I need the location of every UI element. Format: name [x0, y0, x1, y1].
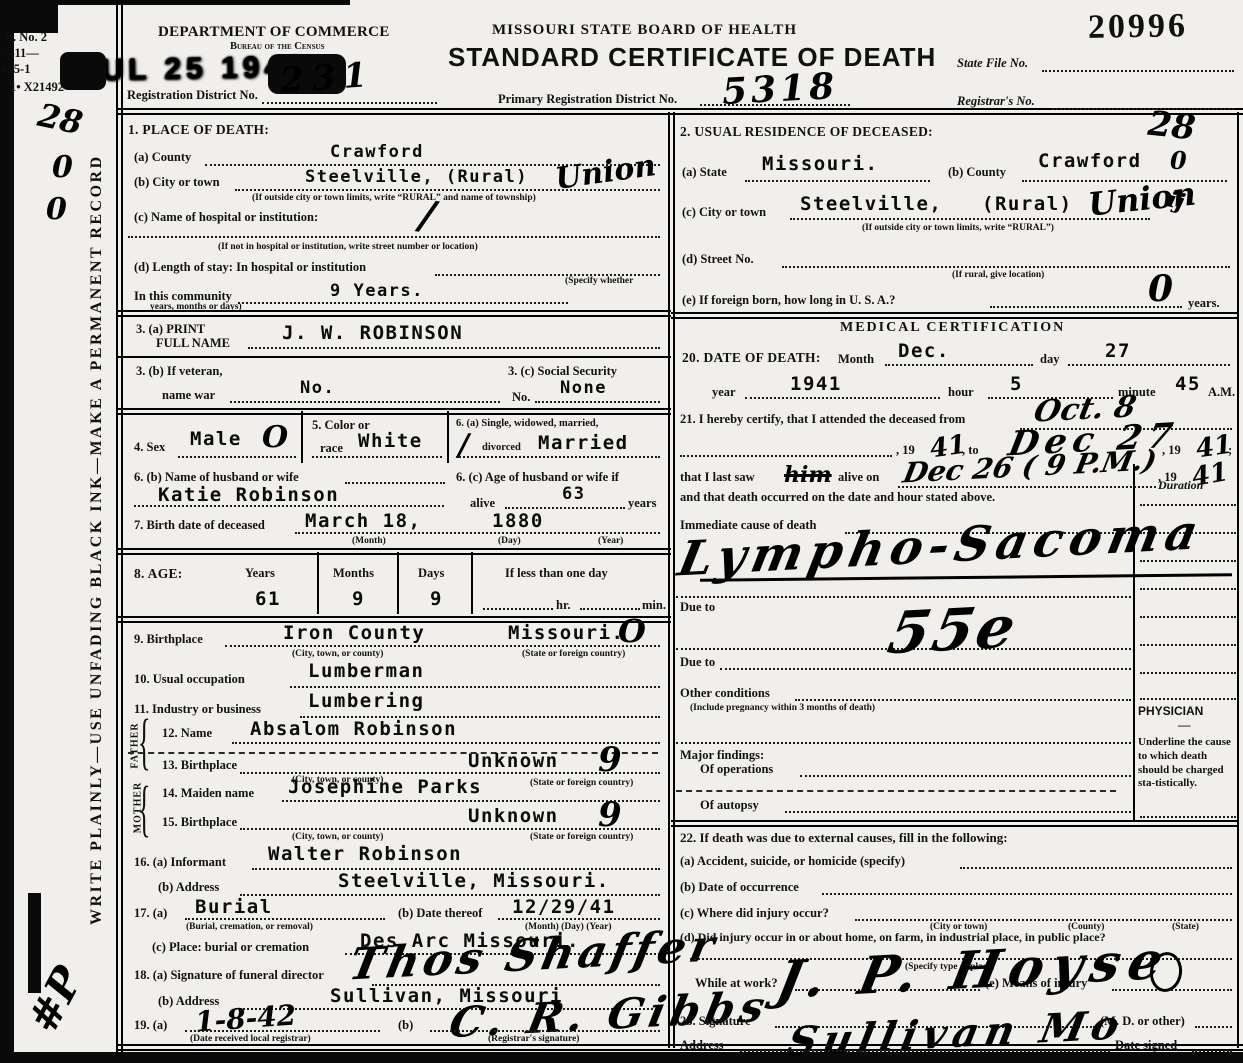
scan-bottom-edge — [0, 1052, 1243, 1063]
burial-date-line — [498, 918, 660, 920]
certify-l2-pre2: , 19 — [1162, 443, 1181, 458]
burial-label: 17. (a) — [134, 906, 167, 921]
margin-handwritten-28: 28 — [35, 96, 86, 142]
duration-line-6 — [1140, 644, 1236, 646]
veteran-value: No. — [300, 378, 335, 398]
operations-line — [800, 775, 1131, 777]
other-conditions-cap: (Include pregnancy within 3 months of de… — [690, 703, 875, 713]
scan-corner-blob — [0, 0, 58, 33]
registrar-sig-cap: (Registrar's signature) — [488, 1034, 579, 1044]
residence-rural-value: (Rural) — [982, 193, 1073, 215]
dod-month-value: Dec. — [898, 340, 950, 362]
signature-label: 23. Signature — [680, 1014, 751, 1029]
certify-line-4: and that death occurred on the date and … — [680, 490, 995, 505]
certify-l3-pre: that I last saw — [680, 470, 755, 485]
mother-name-value: Josephine Parks — [288, 776, 482, 798]
birthplace-label: 9. Birthplace — [134, 632, 203, 647]
full-name-value: J. W. ROBINSON — [282, 322, 463, 344]
external-c-label: (c) Where did injury occur? — [680, 906, 829, 921]
certify-l3-line — [898, 486, 1156, 488]
received-cap: (Date received local registrar) — [190, 1034, 311, 1044]
margin-handwritten-0b: 0 — [46, 192, 67, 227]
birthdate-cap-day: (Day) — [498, 536, 521, 546]
certify-line-1: 21. I hereby certify, that I attended th… — [680, 412, 965, 427]
external-a-label: (a) Accident, suicide, or homicide (spec… — [680, 854, 905, 869]
veteran-line — [230, 401, 500, 403]
sex-hand-o: O — [262, 420, 288, 455]
residence-city-value: Steelville, — [800, 193, 942, 215]
birthdate-cap-year: (Year) — [598, 536, 623, 546]
address-label: Address — [680, 1038, 724, 1053]
operations-label: Of operations — [700, 762, 773, 777]
residence-county-value: Crawford — [1038, 150, 1142, 172]
sex-line — [178, 456, 296, 458]
father-brace: { — [138, 707, 150, 779]
race-label-2: race — [320, 441, 343, 456]
form-left-border — [116, 0, 123, 1054]
dod-label: 20. DATE OF DEATH: — [682, 350, 821, 366]
rule-after-3bc — [116, 408, 671, 415]
marital-line — [456, 456, 660, 458]
age-div-2 — [397, 552, 399, 614]
external-heading: 22. If death was due to external causes,… — [680, 830, 1008, 846]
spouse-label: 6. (b) Name of husband or wife — [134, 470, 299, 485]
specify-note: (Specify whether — [565, 276, 633, 286]
county-label: (a) County — [134, 150, 191, 165]
physician-note: Underline the cause to which death shoul… — [1138, 736, 1236, 791]
duration-header: Duration — [1158, 478, 1203, 493]
duration-line-5 — [1140, 616, 1236, 618]
mother-bp-line — [240, 828, 660, 830]
birthplace-cap-1: (City, town, or county) — [292, 649, 383, 659]
burial-line — [185, 918, 385, 920]
birthdate-line — [295, 532, 660, 534]
county-value: Crawford — [330, 142, 424, 162]
birthplace-line — [225, 645, 660, 647]
hospital-label: (c) Name of hospital or institution: — [134, 210, 318, 225]
residence-years-label: years. — [1188, 296, 1220, 311]
physician-dash: — — [1178, 718, 1191, 733]
dod-day-label: day — [1040, 352, 1059, 367]
form-ref-1: S. No. 2 — [6, 30, 47, 45]
age-div-3 — [471, 552, 473, 614]
veteran-label-2: name war — [162, 388, 215, 403]
external-a-line — [960, 867, 1232, 869]
hospital-line — [128, 236, 660, 238]
residence-rural-note: (If outside city or town limits, write “… — [862, 223, 1054, 233]
age-months-header: Months — [333, 566, 374, 581]
dod-month-line — [885, 364, 1033, 366]
margin-instruction-text: WRITE PLAINLY—USE UNFADING BLACK INK—MAK… — [88, 154, 106, 925]
community-line — [238, 302, 568, 304]
duration-line-9 — [1140, 816, 1236, 818]
print-label-1: 3. (a) PRINT — [136, 322, 205, 337]
form-right-border — [1237, 112, 1239, 1048]
residence-state-label: (a) State — [682, 165, 727, 180]
stamp-smudge-1 — [60, 52, 106, 90]
due-2-line — [720, 668, 1131, 670]
full-name-line — [248, 347, 660, 349]
medical-heading: MEDICAL CERTIFICATION — [840, 320, 1065, 336]
dod-hour-label: hour — [948, 385, 974, 400]
residence-street-note: (If rural, give location) — [952, 270, 1044, 280]
due-to-2-label: Due to — [680, 655, 715, 670]
address-line — [740, 1050, 1110, 1052]
rule-after-1 — [116, 310, 671, 317]
age-min-label: min. — [642, 598, 666, 613]
rural-note: (If outside city or town limits, write “… — [252, 193, 536, 203]
primary-reg-label: Primary Registration District No. — [498, 92, 677, 107]
ssn-line — [535, 401, 660, 403]
age-months-value: 9 — [352, 588, 365, 610]
veteran-label-1: 3. (b) If veteran, — [136, 364, 222, 379]
dod-year-value: 1941 — [790, 373, 842, 395]
other-conditions-label: Other conditions — [680, 686, 770, 701]
major-findings-label: Major findings: — [680, 748, 764, 763]
birthdate-year-value: 1880 — [492, 510, 544, 532]
father-bp-hand-9: 9 — [598, 740, 622, 780]
city-value: Steelville, (Rural) — [305, 167, 528, 187]
community-value: 9 Years. — [330, 281, 424, 301]
sex-label: 4. Sex — [134, 440, 165, 455]
print-label-2: FULL NAME — [156, 336, 230, 351]
divider-5-6 — [447, 411, 449, 463]
mother-bp-label: 15. Birthplace — [162, 815, 237, 830]
dod-year-line — [745, 397, 940, 399]
certify-l2-line — [680, 455, 892, 457]
informant-value: Walter Robinson — [268, 843, 462, 865]
spouse-age-label-2: alive — [470, 496, 495, 511]
residence-county-label: (b) County — [948, 165, 1006, 180]
residence-foreign-label: (e) If foreign born, how long in U. S. A… — [682, 293, 895, 308]
reg-district-label: Registration District No. — [127, 88, 258, 103]
residence-city-label: (c) City or town — [682, 205, 766, 220]
duration-line-8 — [1140, 698, 1236, 700]
burial-date-label: (b) Date thereof — [398, 906, 482, 921]
residence-state-value: Missouri. — [762, 153, 878, 175]
industry-value: Lumbering — [308, 690, 424, 712]
marital-label-2: divorced — [482, 442, 521, 453]
age-min-line — [580, 608, 640, 610]
external-b-line — [822, 893, 1232, 895]
external-b-label: (b) Date of occurrence — [680, 880, 799, 895]
certify-struck-him: him — [784, 462, 832, 488]
findings-top-line — [676, 742, 1131, 744]
marital-value: Married — [538, 432, 629, 454]
mother-name-label: 14. Maiden name — [162, 786, 254, 801]
funeral-director-label: 18. (a) Signature of funeral director — [134, 968, 324, 983]
scan-edge-left — [0, 0, 14, 1063]
marital-label-1: 6. (a) Single, widowed, married, — [456, 418, 598, 429]
residence-heading: 2. USUAL RESIDENCE OF DECEASED: — [680, 124, 933, 140]
street-note: (If not in hospital or institution, writ… — [218, 242, 478, 252]
residence-hand-28: 28 — [1146, 104, 1197, 149]
registrar-sig-line — [430, 1030, 660, 1032]
physician-header: PHYSICIAN — [1138, 704, 1203, 718]
father-dash-line — [128, 752, 658, 754]
birthplace-value: Iron County — [283, 622, 425, 644]
rule-after-3a — [116, 356, 671, 358]
form-ref-4: 1• X21492 — [10, 80, 64, 95]
spouse-age-value: 63 — [562, 484, 585, 504]
work-label: While at work? — [695, 976, 778, 991]
external-c-line — [855, 919, 1232, 921]
dod-year-label: year — [712, 385, 736, 400]
registrar-no-line — [1052, 108, 1234, 110]
age-hr-line — [483, 608, 553, 610]
form-ref-3: v. 5-1 — [2, 62, 30, 77]
state-file-label: State File No. — [957, 56, 1028, 71]
father-name-value: Absalom Robinson — [250, 718, 457, 740]
birthplace-state-value: Missouri. — [508, 622, 624, 644]
age-label: 8. AGE: — [134, 566, 183, 582]
age-hr-label: hr. — [556, 598, 570, 613]
certify-l3-mid: alive on — [838, 470, 879, 485]
code-handwritten-55e: 55e — [883, 593, 1024, 668]
rule-after-medical — [671, 820, 1237, 827]
duration-line-7 — [1140, 672, 1236, 674]
certify-l2-end: ; — [1228, 443, 1232, 458]
received-date-hand: 1-8-42 — [194, 999, 297, 1039]
mother-bp-value: Unknown — [468, 805, 559, 827]
received-label: 19. (a) — [134, 1018, 167, 1033]
residence-hand-0: 0 — [1170, 146, 1187, 175]
divider-4-5 — [301, 411, 303, 463]
date-signed-label: Date signed — [1115, 1038, 1177, 1053]
occupation-label: 10. Usual occupation — [134, 672, 245, 687]
stay-label: (d) Length of stay: In hospital or insti… — [134, 260, 366, 275]
informant-addr-label: (b) Address — [158, 880, 219, 895]
father-cap-2: (State or foreign country) — [530, 778, 633, 788]
scan-top-edge — [55, 0, 350, 5]
spouse-age-line — [505, 507, 625, 509]
board-title: MISSOURI STATE BOARD OF HEALTH — [492, 22, 797, 39]
spouse-value: Katie Robinson — [158, 484, 339, 506]
mother-cap-2: (State or foreign country) — [530, 832, 633, 842]
sex-value: Male — [190, 428, 242, 450]
industry-label: 11. Industry or business — [134, 702, 261, 717]
birthdate-month-value: March 18, — [305, 510, 421, 532]
race-line — [312, 456, 442, 458]
residence-city-line — [790, 218, 1150, 220]
findings-dash-line — [676, 790, 1116, 792]
race-value: White — [358, 430, 423, 452]
informant-addr-value: Steelville, Missouri. — [338, 870, 610, 892]
due-to-1-label: Due to — [680, 600, 715, 615]
informant-label: 16. (a) Informant — [134, 855, 226, 870]
margin-handwritten-0a: 0 — [52, 150, 73, 185]
father-name-label: 12. Name — [162, 726, 212, 741]
occupation-line — [290, 686, 660, 688]
autopsy-label: Of autopsy — [700, 798, 759, 813]
burial-value: Burial — [195, 896, 273, 918]
mother-brace: { — [138, 774, 150, 846]
form-ref-2: —11— — [2, 46, 39, 61]
md-line — [1195, 1026, 1232, 1028]
birthdate-label: 7. Birth date of deceased — [134, 518, 265, 533]
ssn-value: None — [560, 378, 607, 398]
registrar-no-label: Registrar's No. — [957, 94, 1035, 109]
date-signed-line — [1192, 1050, 1232, 1052]
spouse-age-label-1: 6. (c) Age of husband or wife if — [456, 470, 619, 485]
dept-title: DEPARTMENT OF COMMERCE — [158, 24, 390, 41]
duration-line-4 — [1140, 588, 1236, 590]
father-bp-line — [240, 772, 660, 774]
occupation-value: Lumberman — [308, 660, 424, 682]
dod-month-label: Month — [838, 352, 874, 367]
spouse-age-years: years — [628, 496, 656, 511]
spouse-line-a — [345, 482, 445, 484]
dod-ampm-label: A.M. — [1208, 385, 1235, 400]
spouse-line-b — [134, 505, 444, 507]
state-file-line — [1042, 70, 1234, 72]
primary-reg-line — [700, 104, 850, 106]
age-years-header: Years — [245, 566, 275, 581]
death-certificate-scan: WRITE PLAINLY—USE UNFADING BLACK INK—MAK… — [0, 0, 1243, 1063]
other-conditions-line — [795, 699, 1131, 701]
dod-minute-value: 45 — [1175, 373, 1201, 395]
received-line — [185, 1030, 380, 1032]
received-b-label: (b) — [398, 1018, 413, 1033]
residence-street-label: (d) Street No. — [682, 252, 754, 267]
rule-after-2 — [671, 312, 1237, 319]
father-bp-label: 13. Birthplace — [162, 758, 237, 773]
residence-state-line — [745, 180, 930, 182]
ssn-label-2: No. — [512, 390, 530, 405]
burial-date-value: 12/29/41 — [512, 896, 616, 918]
reg-district-value: 231 — [279, 55, 377, 102]
residence-foreign-line — [990, 306, 1182, 308]
burial-cap: (Burial, cremation, or removal) — [186, 922, 313, 932]
father-bp-value: Unknown — [468, 750, 559, 772]
city-label: (b) City or town — [134, 175, 220, 190]
rule-after-7 — [116, 548, 671, 555]
dod-hour-value: 5 — [1010, 373, 1023, 395]
age-less-header: If less than one day — [505, 566, 608, 581]
certificate-number: 20996 — [1088, 7, 1189, 47]
age-div-1 — [317, 552, 319, 614]
age-days-value: 9 — [430, 588, 443, 610]
dod-day-line — [1068, 364, 1230, 366]
cause-line-2 — [676, 596, 1131, 598]
reg-district-line — [262, 102, 437, 104]
autopsy-line — [785, 811, 1131, 813]
dod-day-value: 27 — [1105, 340, 1131, 362]
residence-foreign-hand: 0 — [1148, 268, 1173, 310]
mother-cap-1: (City, town, or county) — [292, 832, 383, 842]
ssn-label-1: 3. (c) Social Security — [508, 364, 617, 379]
age-days-header: Days — [418, 566, 444, 581]
city-line — [235, 189, 660, 191]
place-of-death-heading: 1. PLACE OF DEATH: — [128, 122, 269, 138]
father-name-line — [232, 742, 660, 744]
birthdate-cap-month: (Month) — [352, 536, 386, 546]
age-years-value: 61 — [255, 588, 281, 610]
birthplace-cap-2: (State or foreign country) — [522, 649, 625, 659]
certificate-title: STANDARD CERTIFICATE OF DEATH — [448, 42, 936, 73]
burial-place-label: (c) Place: burial or cremation — [152, 940, 309, 955]
